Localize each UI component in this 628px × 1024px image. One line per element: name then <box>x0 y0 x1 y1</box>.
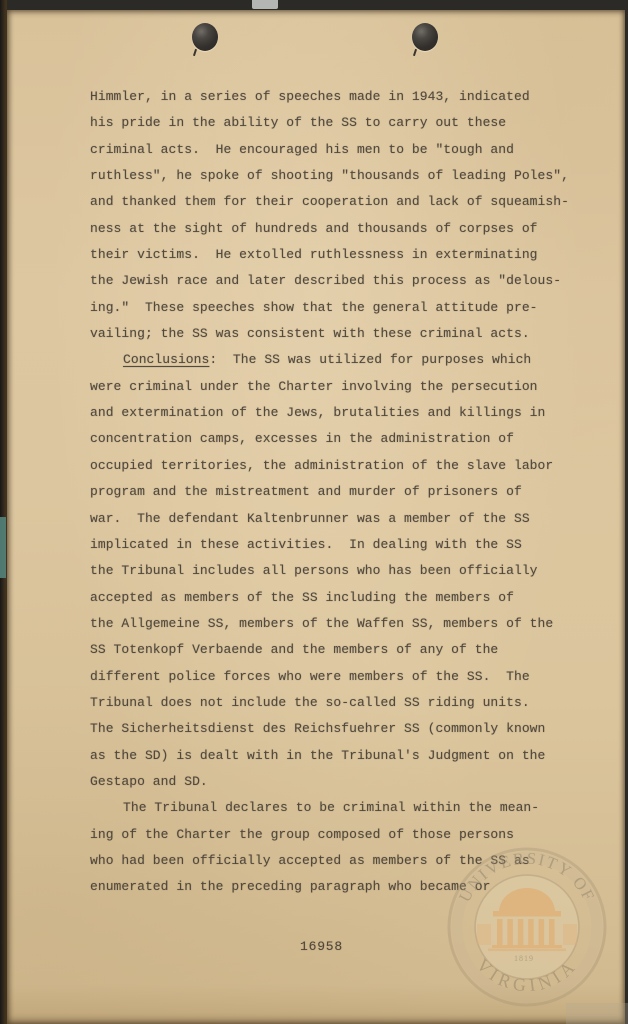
text-line: different police forces who were members… <box>90 664 610 690</box>
text-line: the Allgemeine SS, members of the Waffen… <box>90 611 610 637</box>
text-line: were criminal under the Charter involvin… <box>90 374 610 400</box>
text-line: The Tribunal declares to be criminal wit… <box>90 795 610 821</box>
text-line: his pride in the ability of the SS to ca… <box>90 110 610 136</box>
text-line: Conclusions: The SS was utilized for pur… <box>90 347 610 373</box>
text-line: Gestapo and SD. <box>90 769 610 795</box>
text-line: Tribunal does not include the so-called … <box>90 690 610 716</box>
underlined-heading: Conclusions <box>123 352 209 367</box>
text-line: ness at the sight of hundreds and thousa… <box>90 216 610 242</box>
text-line: SS Totenkopf Verbaende and the members o… <box>90 637 610 663</box>
text-line: as the SD) is dealt with in the Tribunal… <box>90 743 610 769</box>
text-line: criminal acts. He encouraged his men to … <box>90 137 610 163</box>
punch-hole-right <box>412 23 438 51</box>
scanned-page: { "scan": { "paper_color": "#dcc6a0", "i… <box>0 0 628 1024</box>
text-line: The Sicherheitsdienst des Reichsfuehrer … <box>90 716 610 742</box>
text-line: the Jewish race and later described this… <box>90 268 610 294</box>
typed-text-block: Himmler, in a series of speeches made in… <box>90 84 610 901</box>
text-line: occupied territories, the administration… <box>90 453 610 479</box>
text-line: and extermination of the Jews, brutaliti… <box>90 400 610 426</box>
text-line: implicated in these activities. In deali… <box>90 532 610 558</box>
text-line: enumerated in the preceding paragraph wh… <box>90 874 610 900</box>
text-line: war. The defendant Kaltenbrunner was a m… <box>90 506 610 532</box>
text-line-rest: : The SS was utilized for purposes which <box>209 352 531 367</box>
text-line: ing." These speeches show that the gener… <box>90 295 610 321</box>
text-line: who had been officially accepted as memb… <box>90 848 610 874</box>
text-line: vailing; the SS was consistent with thes… <box>90 321 610 347</box>
text-line: program and the mistreatment and murder … <box>90 479 610 505</box>
text-line: ruthless", he spoke of shooting "thousan… <box>90 163 610 189</box>
text-line: and thanked them for their cooperation a… <box>90 189 610 215</box>
punch-hole-left <box>192 23 218 51</box>
page-number: 16958 <box>300 938 343 956</box>
corner-patch <box>566 1003 628 1024</box>
scanner-left-edge <box>0 0 7 1024</box>
text-line: Himmler, in a series of speeches made in… <box>90 84 610 110</box>
text-line: ing of the Charter the group composed of… <box>90 822 610 848</box>
tape-tab <box>252 0 278 9</box>
binding-strip <box>0 517 6 578</box>
text-line: the Tribunal includes all persons who ha… <box>90 558 610 584</box>
text-line: concentration camps, excesses in the adm… <box>90 426 610 452</box>
text-line: accepted as members of the SS including … <box>90 585 610 611</box>
text-line: their victims. He extolled ruthlessness … <box>90 242 610 268</box>
